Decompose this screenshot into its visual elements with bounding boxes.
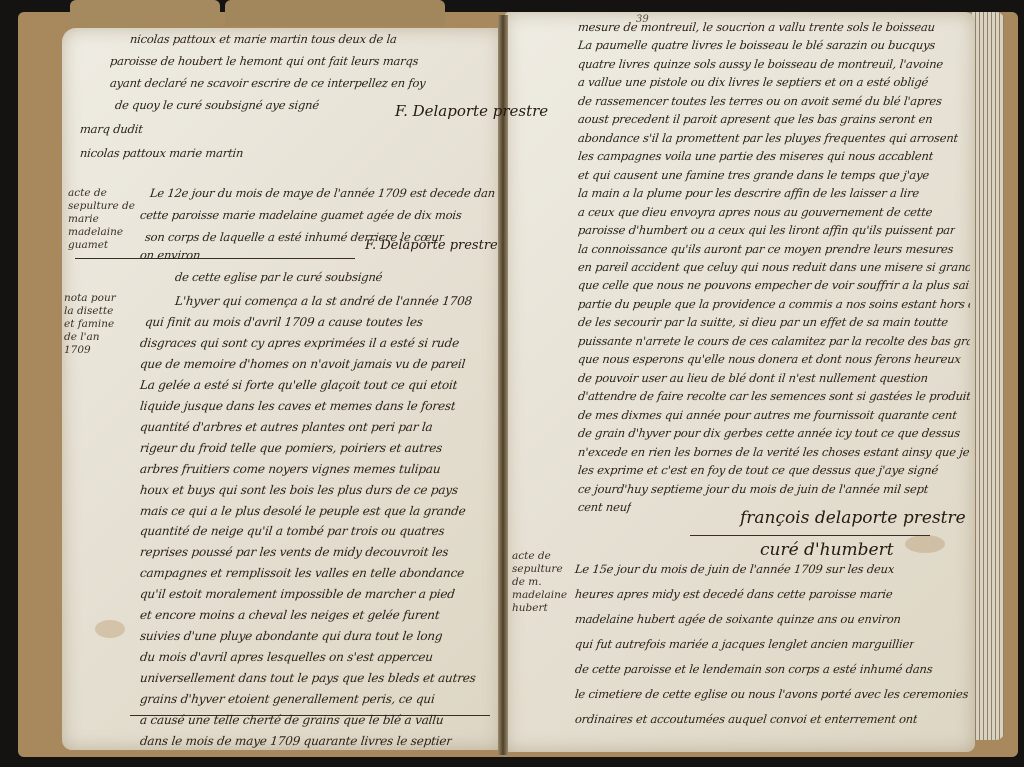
manuscript-line: mesure de montreuil, le soucrion a vallu… bbox=[577, 20, 935, 34]
manuscript-line: et qui causent une famine tres grande da… bbox=[577, 168, 930, 182]
manuscript-line: ayant declaré ne scavoir escrire de ce i… bbox=[109, 76, 426, 90]
manuscript-line: Le 12e jour du mois de maye de l'année 1… bbox=[149, 186, 495, 200]
margin-note: nota pour la disette et famine de l'an 1… bbox=[64, 292, 126, 357]
signature: curé d'humbert bbox=[760, 540, 894, 560]
manuscript-line: du mois d'avril apres lesquelles on s'es… bbox=[139, 650, 433, 664]
manuscript-line: la main a la plume pour les descrire aff… bbox=[577, 186, 920, 200]
manuscript-line: quantité d'arbres et autres plantes ont … bbox=[139, 420, 433, 434]
manuscript-line: que nous esperons qu'elle nous donera et… bbox=[577, 352, 961, 366]
manuscript-line: que celle que nous ne pouvons empecher d… bbox=[577, 278, 970, 292]
cover-flap bbox=[225, 0, 445, 26]
manuscript-line: La gelée a esté si forte qu'elle glaçoit… bbox=[139, 378, 458, 392]
manuscript-line: les exprime et c'est en foy de tout ce q… bbox=[577, 463, 939, 477]
manuscript-line: qui finit au mois d'avril 1709 a cause t… bbox=[144, 315, 423, 329]
manuscript-line: paroisse de houbert le hemont qui ont fa… bbox=[109, 54, 419, 68]
manuscript-line: universellement dans tout le pays que le… bbox=[139, 671, 476, 685]
manuscript-line: aoust precedent il paroit apresent que l… bbox=[577, 112, 933, 126]
manuscript-line: ce jourd'huy septieme jour du mois de ju… bbox=[577, 482, 929, 496]
manuscript-line: de cette eglise par le curé soubsigné bbox=[174, 270, 383, 284]
manuscript-line: paroisse d'humbert ou a ceux qui les lir… bbox=[577, 223, 956, 237]
cover-flap bbox=[70, 0, 220, 30]
manuscript-line: on environ bbox=[139, 248, 201, 262]
manuscript-line: heures apres midy est decedé dans cette … bbox=[574, 587, 893, 601]
manuscript-line: abondance s'il la promettent par les plu… bbox=[577, 131, 958, 145]
manuscript-line: de grain d'hyver pour dix gerbes cette a… bbox=[577, 426, 960, 440]
manuscript-line: la connoissance qu'ils auront par ce moy… bbox=[577, 242, 954, 256]
manuscript-line: mais ce qui a le plus desolé le peuple e… bbox=[139, 504, 466, 518]
manuscript-line: quatre livres quinze sols aussy le boiss… bbox=[577, 57, 944, 71]
manuscript-line: que de memoire d'homes on n'avoit jamais… bbox=[139, 357, 466, 371]
manuscript-line: de pouvoir user au lieu de blé dont il n… bbox=[577, 371, 928, 385]
signature: françois delaporte prestre bbox=[740, 508, 966, 528]
paper-stain bbox=[905, 535, 945, 553]
manuscript-line: puissante n'arrete le cours de ces calam… bbox=[577, 334, 970, 348]
manuscript-line: de les secourir par la suitte, si dieu p… bbox=[577, 315, 948, 329]
manuscript-line: nicolas pattoux marie martin bbox=[79, 146, 244, 160]
signature: F. Delaporte prestre bbox=[395, 102, 548, 120]
manuscript-line: les campagnes voila une partie des miser… bbox=[577, 149, 934, 163]
manuscript-line: cent neuf bbox=[577, 500, 631, 514]
manuscript-line: L'hyver qui comença a la st andré de l'a… bbox=[174, 294, 472, 308]
manuscript-line: en pareil accident que celuy qui nous re… bbox=[577, 260, 970, 274]
manuscript-line: madelaine hubert agée de soixante quinze… bbox=[574, 612, 901, 626]
manuscript-line: partie du peuple que la providence a com… bbox=[577, 297, 970, 311]
manuscript-line: dans le mois de maye 1709 quarante livre… bbox=[139, 734, 452, 748]
divider-line bbox=[75, 258, 355, 259]
manuscript-line: La paumelle quatre livres le boisseau le… bbox=[577, 38, 936, 52]
manuscript-line: de quoy le curé soubsigné aye signé bbox=[114, 98, 319, 112]
manuscript-line: disgraces qui sont cy apres exprimées il… bbox=[139, 336, 459, 350]
manuscript-line: ordinaires et accoutumées auquel convoi … bbox=[574, 712, 918, 726]
manuscript-line: nicolas pattoux et marie martin tous deu… bbox=[129, 32, 397, 46]
margin-note: acte de sepulture de marie madelaine gua… bbox=[68, 187, 138, 252]
manuscript-line: de mes dixmes qui année pour autres me f… bbox=[577, 408, 957, 422]
manuscript-line: campagnes et remplissoit les valles en t… bbox=[139, 566, 465, 580]
manuscript-line: liquide jusque dans les caves et memes d… bbox=[139, 399, 456, 413]
manuscript-line: suivies d'une pluye abondante qui dura t… bbox=[139, 629, 443, 643]
manuscript-line: reprises poussé par les vents de midy de… bbox=[139, 545, 449, 559]
manuscript-line: rigeur du froid telle que pomiers, poiri… bbox=[139, 441, 443, 455]
book-gutter bbox=[498, 15, 508, 755]
manuscript-line: de rassemencer toutes les terres ou on a… bbox=[577, 94, 942, 108]
manuscript-line: a vallue une pistole ou dix livres le se… bbox=[577, 75, 929, 89]
paper-stain bbox=[95, 620, 125, 638]
manuscript-line: cette paroisse marie madelaine guamet ag… bbox=[139, 208, 462, 222]
divider-line bbox=[690, 535, 930, 536]
manuscript-line: grains d'hyver etoient generallement per… bbox=[139, 692, 435, 706]
manuscript-line: et encore moins a cheval les neiges et g… bbox=[139, 608, 440, 622]
manuscript-line: a causé une telle cherté de grains que l… bbox=[139, 713, 444, 727]
manuscript-line: a ceux que dieu envoyra apres nous au go… bbox=[577, 205, 933, 219]
manuscript-line: marq dudit bbox=[79, 122, 143, 136]
manuscript-line: son corps de laquelle a esté inhumé derr… bbox=[144, 230, 445, 244]
manuscript-line: Le 15e jour du mois de juin de l'année 1… bbox=[574, 562, 895, 576]
manuscript-line: d'attendre de faire recolte car les seme… bbox=[577, 389, 970, 403]
manuscript-line: quantité de neige qu'il a tombé par troi… bbox=[139, 524, 445, 538]
manuscript-line: arbres fruitiers come noyers vignes meme… bbox=[139, 462, 441, 476]
manuscript-line: qui fut autrefois mariée a jacques lengl… bbox=[574, 637, 915, 651]
manuscript-line: houx et buys qui sont les bois les plus … bbox=[139, 483, 458, 497]
manuscript-line: le cimetiere de cette eglise ou nous l'a… bbox=[574, 687, 969, 701]
margin-note: acte de sepulture de m. madelaine hubert bbox=[512, 550, 570, 615]
page-edges bbox=[972, 12, 1004, 740]
manuscript-line: de cette paroisse et le lendemain son co… bbox=[574, 662, 933, 676]
manuscript-line: n'excede en rien les bornes de la verité… bbox=[577, 445, 970, 459]
manuscript-line: qu'il estoit moralement impossible de ma… bbox=[139, 587, 455, 601]
